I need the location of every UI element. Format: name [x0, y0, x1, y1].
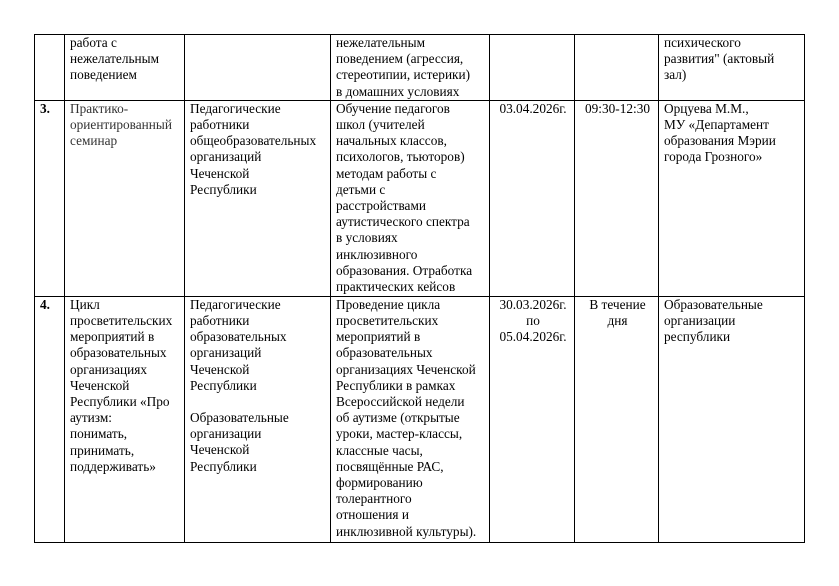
event-content: нежелательным поведением (агрессия, стер…	[331, 35, 490, 101]
table-row: 4. Цикл просветительских мероприятий в о…	[35, 296, 805, 542]
event-content: Обучение педагогов школ (учителей началь…	[331, 100, 490, 296]
document-page: работа с нежелательным поведением нежела…	[0, 0, 839, 586]
table-row: 3. Практико- ориентированный семинар Пед…	[35, 100, 805, 296]
event-name: работа с нежелательным поведением	[65, 35, 185, 101]
event-date	[490, 35, 575, 101]
event-date: 30.03.2026г. по 05.04.2026г.	[490, 296, 575, 542]
participants-extra: Образовательные организации Чеченской Ре…	[190, 410, 327, 475]
events-table: работа с нежелательным поведением нежела…	[34, 34, 805, 543]
event-venue: Образовательные организации республики	[659, 296, 805, 542]
participants: Педагогические работники образовательных…	[190, 297, 327, 394]
event-venue: Орцуева М.М., МУ «Департамент образовани…	[659, 100, 805, 296]
event-name: Цикл просветительских мероприятий в обра…	[65, 296, 185, 542]
event-venue: психического развития" (актовый зал)	[659, 35, 805, 101]
event-time	[575, 35, 659, 101]
row-number: 3.	[35, 100, 65, 296]
event-time: 09:30-12:30	[575, 100, 659, 296]
participants	[185, 35, 331, 101]
row-number	[35, 35, 65, 101]
spacer	[190, 394, 327, 410]
event-name: Практико- ориентированный семинар	[65, 100, 185, 296]
row-number: 4.	[35, 296, 65, 542]
table-row: работа с нежелательным поведением нежела…	[35, 35, 805, 101]
event-date: 03.04.2026г.	[490, 100, 575, 296]
event-content: Проведение цикла просветительских меропр…	[331, 296, 490, 542]
event-time: В течение дня	[575, 296, 659, 542]
participants-cell: Педагогические работники образовательных…	[185, 296, 331, 542]
participants: Педагогические работники общеобразовател…	[185, 100, 331, 296]
